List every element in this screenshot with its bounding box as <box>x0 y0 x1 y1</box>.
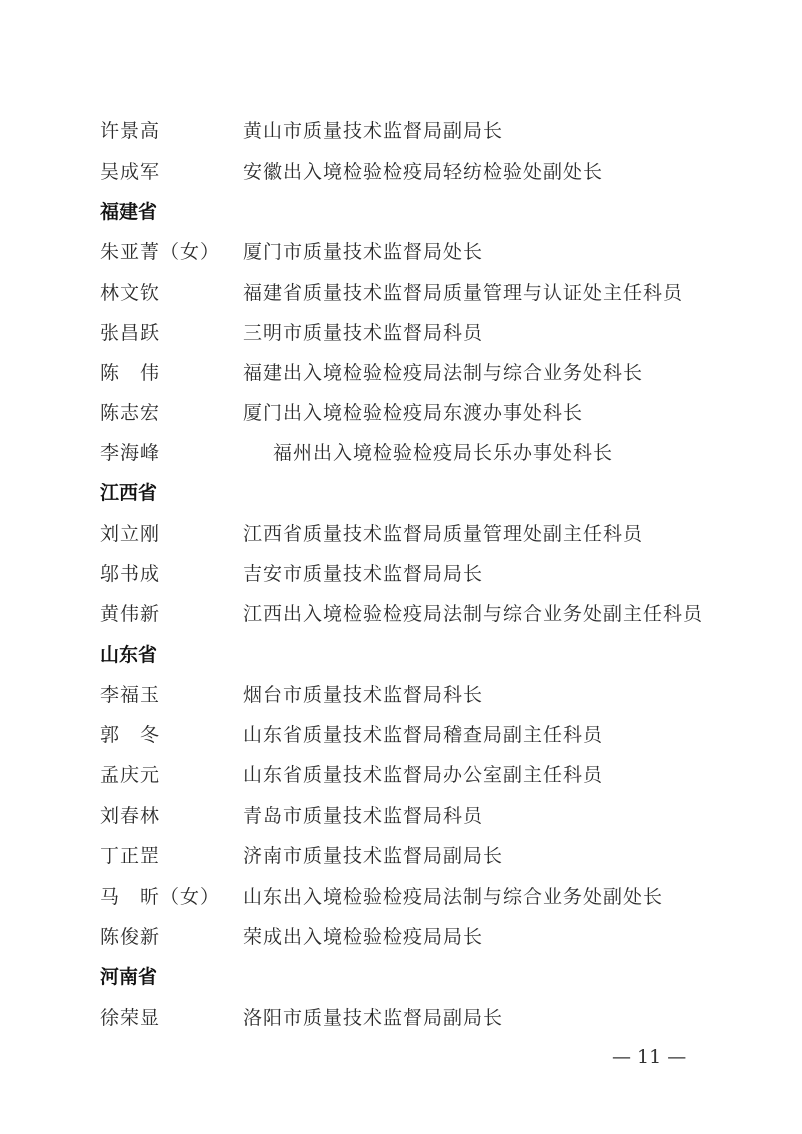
list-item: 陈俊新 荣成出入境检验检疫局局长 <box>100 922 700 952</box>
person-title: 洛阳市质量技术监督局副局长 <box>243 1003 503 1033</box>
person-title: 江西出入境检验检疫局法制与综合业务处副主任科员 <box>243 599 703 629</box>
list-item: 刘春林 青岛市质量技术监督局科员 <box>100 801 700 831</box>
province-heading: 山东省 <box>100 640 157 670</box>
person-name: 徐荣显 <box>100 1003 160 1033</box>
province-heading: 河南省 <box>100 962 157 992</box>
person-name: 郭 冬 <box>100 720 160 750</box>
person-title: 烟台市质量技术监督局科长 <box>243 680 483 710</box>
person-title: 福建出入境检验检疫局法制与综合业务处科长 <box>243 358 643 388</box>
person-name: 孟庆元 <box>100 760 160 790</box>
list-item: 张昌跃 三明市质量技术监督局科员 <box>100 318 700 348</box>
person-title: 厦门出入境检验检疫局东渡办事处科长 <box>243 398 583 428</box>
person-name: 李海峰 <box>100 438 160 468</box>
list-item: 朱亚菁（女） 厦门市质量技术监督局处长 <box>100 237 700 267</box>
person-name: 李福玉 <box>100 680 160 710</box>
person-title: 黄山市质量技术监督局副局长 <box>243 116 503 146</box>
person-name: 张昌跃 <box>100 318 160 348</box>
person-name: 刘立刚 <box>100 519 160 549</box>
person-title: 吉安市质量技术监督局局长 <box>243 559 483 589</box>
province-heading: 江西省 <box>100 478 157 508</box>
list-item: 许景高 黄山市质量技术监督局副局长 <box>100 116 700 146</box>
list-item: 林文钦 福建省质量技术监督局质量管理与认证处主任科员 <box>100 278 700 308</box>
document-page: 许景高 黄山市质量技术监督局副局长 吴成军 安徽出入境检验检疫局轻纺检验处副处长… <box>0 0 802 1134</box>
person-title: 三明市质量技术监督局科员 <box>243 318 483 348</box>
list-item: 李海峰 福州出入境检验检疫局长乐办事处科长 <box>100 438 700 468</box>
list-item: 吴成军 安徽出入境检验检疫局轻纺检验处副处长 <box>100 157 700 187</box>
province-heading: 福建省 <box>100 197 157 227</box>
person-title: 山东出入境检验检疫局法制与综合业务处副处长 <box>243 882 663 912</box>
person-name: 吴成军 <box>100 157 160 187</box>
person-title: 福州出入境检验检疫局长乐办事处科长 <box>273 438 613 468</box>
page-number: — 11 — <box>612 1042 686 1072</box>
person-title: 山东省质量技术监督局稽查局副主任科员 <box>243 720 603 750</box>
list-item: 徐荣显 洛阳市质量技术监督局副局长 <box>100 1003 700 1033</box>
list-item: 马 昕（女） 山东出入境检验检疫局法制与综合业务处副处长 <box>100 882 700 912</box>
list-item: 黄伟新 江西出入境检验检疫局法制与综合业务处副主任科员 <box>100 599 700 629</box>
list-item: 丁正罡 济南市质量技术监督局副局长 <box>100 841 700 871</box>
person-title: 青岛市质量技术监督局科员 <box>243 801 483 831</box>
person-title: 厦门市质量技术监督局处长 <box>243 237 483 267</box>
person-name: 许景高 <box>100 116 160 146</box>
person-name: 邬书成 <box>100 559 160 589</box>
person-title: 安徽出入境检验检疫局轻纺检验处副处长 <box>243 157 603 187</box>
person-title: 荣成出入境检验检疫局局长 <box>243 922 483 952</box>
list-item: 李福玉 烟台市质量技术监督局科长 <box>100 680 700 710</box>
list-item: 陈志宏 厦门出入境检验检疫局东渡办事处科长 <box>100 398 700 428</box>
person-name: 林文钦 <box>100 278 160 308</box>
person-name: 陈 伟 <box>100 358 160 388</box>
person-name: 陈志宏 <box>100 398 160 428</box>
person-name: 陈俊新 <box>100 922 160 952</box>
list-item: 刘立刚 江西省质量技术监督局质量管理处副主任科员 <box>100 519 700 549</box>
person-name: 刘春林 <box>100 801 160 831</box>
person-title: 福建省质量技术监督局质量管理与认证处主任科员 <box>243 278 683 308</box>
person-name: 丁正罡 <box>100 841 160 871</box>
list-item: 郭 冬 山东省质量技术监督局稽查局副主任科员 <box>100 720 700 750</box>
person-name: 黄伟新 <box>100 599 160 629</box>
person-name: 朱亚菁（女） <box>100 237 220 267</box>
list-item: 陈 伟 福建出入境检验检疫局法制与综合业务处科长 <box>100 358 700 388</box>
list-item: 邬书成 吉安市质量技术监督局局长 <box>100 559 700 589</box>
person-title: 山东省质量技术监督局办公室副主任科员 <box>243 760 603 790</box>
person-title: 江西省质量技术监督局质量管理处副主任科员 <box>243 519 643 549</box>
list-item: 孟庆元 山东省质量技术监督局办公室副主任科员 <box>100 760 700 790</box>
person-title: 济南市质量技术监督局副局长 <box>243 841 503 871</box>
person-name: 马 昕（女） <box>100 882 220 912</box>
